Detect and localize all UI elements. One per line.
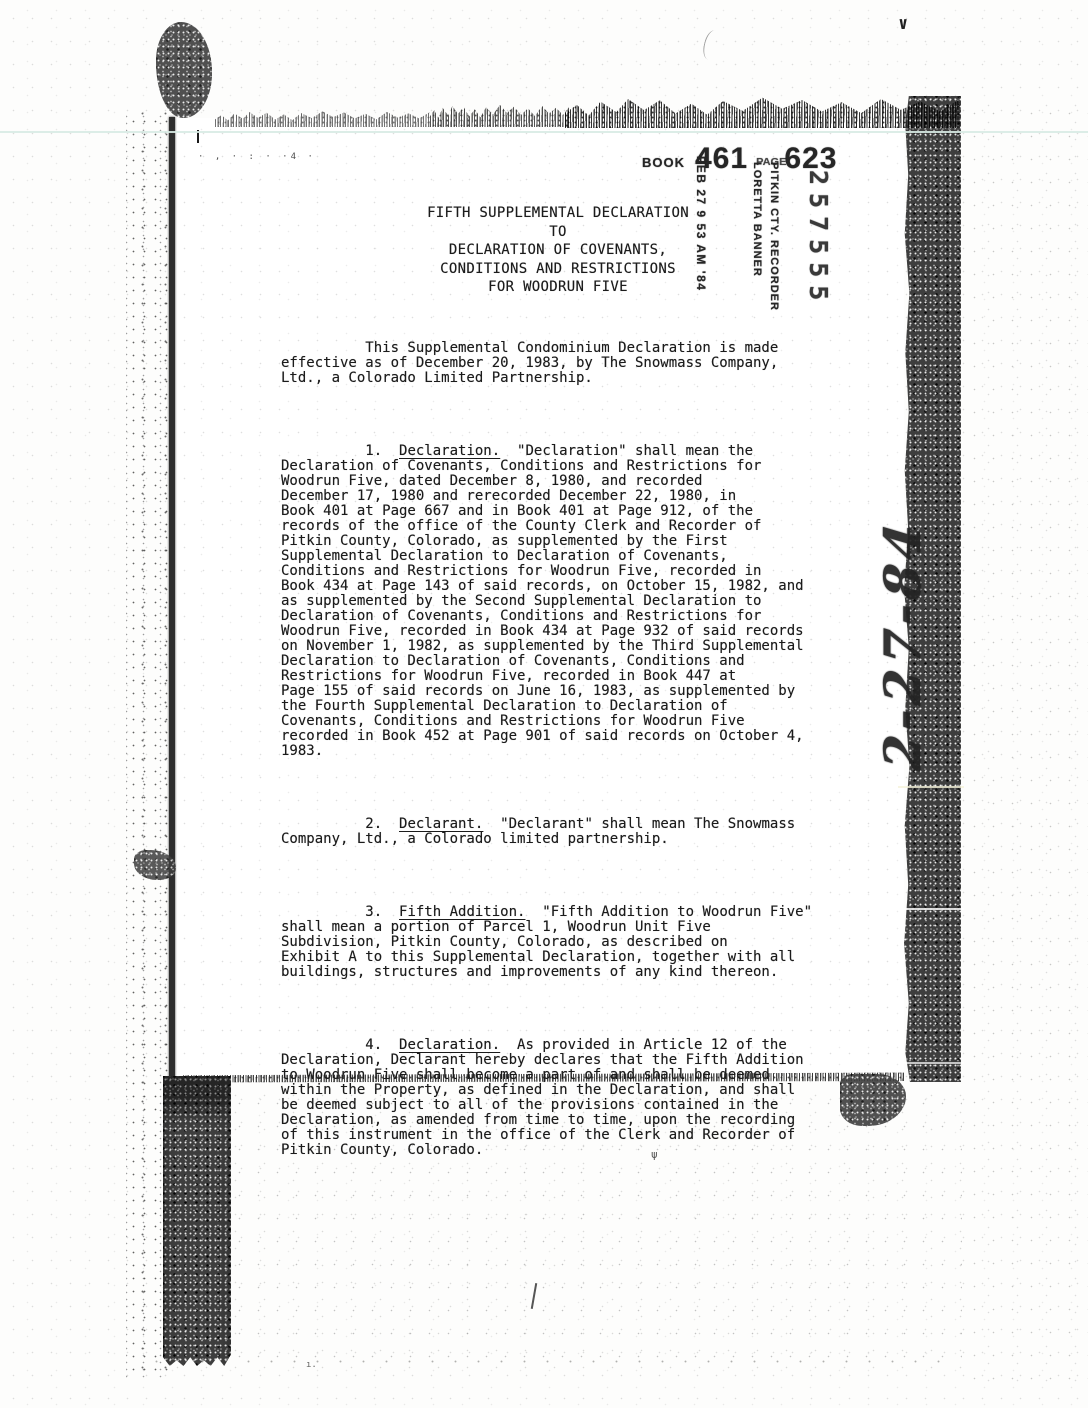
reception-number-stamp: 257555 bbox=[804, 170, 833, 320]
paragraph-4-number: 4. bbox=[281, 1037, 399, 1053]
scanner-line-white-1 bbox=[898, 908, 964, 910]
title-line-4: CONDITIONS AND RESTRICTIONS bbox=[393, 260, 723, 279]
paragraph-1-number: 1. bbox=[281, 443, 399, 459]
paragraph-2: 2. Declarant. "Declarant" shall mean The… bbox=[281, 817, 812, 847]
paragraph-3-number: 3. bbox=[281, 904, 399, 920]
paragraph-2-heading: Declarant. bbox=[399, 816, 483, 832]
scanner-line-white-2 bbox=[898, 1062, 964, 1064]
paragraph-4-heading: Declaration. bbox=[399, 1037, 500, 1053]
paragraph-1-heading: Declaration. bbox=[399, 443, 500, 459]
handwritten-date-annotation: 2-27-84 bbox=[873, 456, 943, 833]
scanned-document-canvas: · , · : · ·4 · ∨ ψ ı. BOOK 461 PAGE 623 … bbox=[0, 0, 1088, 1408]
paragraph-2-number: 2. bbox=[281, 816, 399, 832]
tiny-mark: ı. bbox=[306, 1360, 317, 1370]
paragraph-1-text: "Declaration" shall mean the Declaration… bbox=[281, 443, 804, 759]
recorder-name: LORETTA BANNER bbox=[748, 162, 765, 332]
document-title: FIFTH SUPPLEMENTAL DECLARATION TO DECLAR… bbox=[393, 204, 723, 297]
bottom-left-dark-bar bbox=[163, 1076, 231, 1366]
intro-paragraph: This Supplemental Condominium Declaratio… bbox=[281, 341, 812, 386]
document-body: This Supplemental Condominium Declaratio… bbox=[281, 311, 812, 1188]
squiggle-mark: ψ bbox=[651, 1148, 658, 1161]
recorder-stamp: PITKIN CTY. RECORDER LORETTA BANNER bbox=[748, 162, 782, 332]
title-line-2: TO bbox=[393, 223, 723, 242]
title-line-1: FIFTH SUPPLEMENTAL DECLARATION bbox=[393, 204, 723, 223]
paragraph-3: 3. Fifth Addition. "Fifth Addition to Wo… bbox=[281, 905, 812, 980]
scanner-line-cyan bbox=[0, 131, 1088, 133]
right-margin-speckle bbox=[961, 95, 1088, 1385]
paragraph-4: 4. Declaration. As provided in Article 1… bbox=[281, 1038, 812, 1158]
bottom-speck-line bbox=[140, 1360, 960, 1363]
book-label: BOOK bbox=[642, 155, 685, 174]
title-line-5: FOR WOODRUN FIVE bbox=[393, 278, 723, 297]
title-line-3: DECLARATION OF COVENANTS, bbox=[393, 241, 723, 260]
paragraph-3-heading: Fifth Addition. bbox=[399, 904, 525, 920]
filing-datetime-stamp: FEB 27 9 53 AM '84 bbox=[694, 156, 708, 331]
corner-dot-marks: · , · : · ·4 · bbox=[198, 152, 316, 162]
check-mark: ∨ bbox=[898, 14, 908, 34]
paragraph-4-text: As provided in Article 12 of the Declara… bbox=[281, 1037, 804, 1158]
paragraph-1: 1. Declaration. "Declaration" shall mean… bbox=[281, 444, 812, 759]
page-left-fold-line bbox=[169, 117, 175, 1079]
recorder-title: PITKIN CTY. RECORDER bbox=[765, 162, 782, 332]
